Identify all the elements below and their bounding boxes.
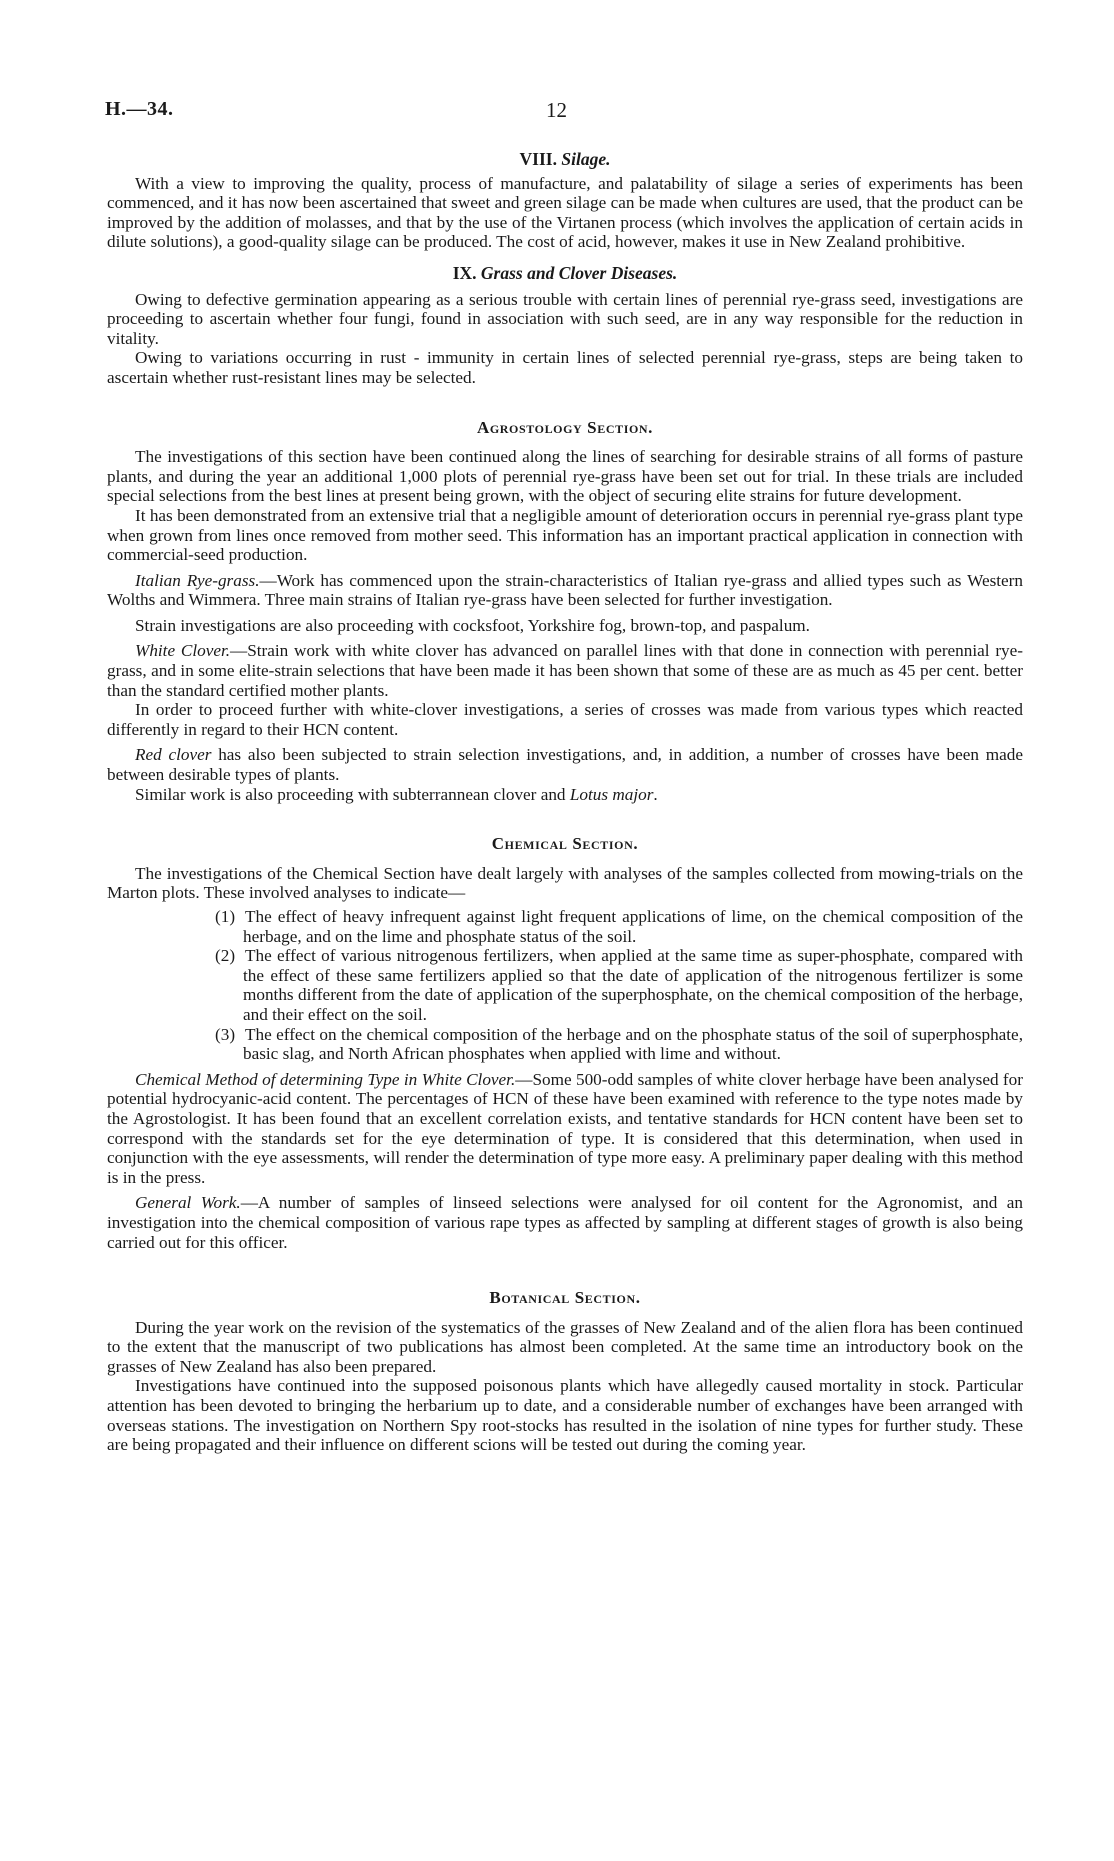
section-numeral: VIII. [520,149,557,169]
section-heading-grass-clover-diseases: IX. Grass and Clover Diseases. [107,264,1023,284]
run-in-heading: Chemical Method of determining Type in W… [135,1070,515,1089]
running-head: H.—34. 12 [107,98,1023,122]
section-heading-botanical: Botanical Section. [107,1288,1023,1308]
list-item-text: The effect on the chemical composition o… [243,1025,1023,1064]
paragraph-strain-investigations: Strain investigations are also proceedin… [107,616,1023,636]
paragraph-deterioration: It has been demonstrated from an extensi… [107,506,1023,565]
paragraph-chemical-method: Chemical Method of determining Type in W… [107,1070,1023,1188]
section-heading-chemical: Chemical Section. [107,834,1023,854]
run-in-heading: White Clover. [135,641,230,660]
paragraph-text: —Strain work with white clover has advan… [107,641,1023,699]
paragraph-silage: With a view to improving the quality, pr… [107,174,1023,252]
document-body: VIII. Silage. With a view to improving t… [107,150,1023,1455]
paragraph-botanical-revision: During the year work on the revision of … [107,1318,1023,1377]
list-item-text: The effect of various nitrogenous fertil… [243,946,1023,1024]
section-title: Grass and Clover Diseases. [481,263,677,283]
analysis-list: (1)The effect of heavy infrequent agains… [107,907,1023,1064]
run-in-heading: Italian Rye-grass. [135,571,260,590]
list-item-text: The effect of heavy infrequent against l… [243,907,1023,946]
paragraph-white-clover: White Clover.—Strain work with white clo… [107,641,1023,700]
paragraph-text: has also been subjected to strain select… [107,745,1023,784]
document-reference: H.—34. [105,98,174,121]
list-item: (1)The effect of heavy infrequent agains… [107,907,1023,946]
paragraph-agrostology-intro: The investigations of this section have … [107,447,1023,506]
list-item: (3)The effect on the chemical compositio… [107,1025,1023,1064]
paragraph-end: . [653,785,657,804]
paragraph-rust-immunity: Owing to variations occurring in rust - … [107,348,1023,387]
section-heading-silage: VIII. Silage. [107,150,1023,170]
section-title: Silage. [561,149,610,169]
run-in-heading: Red clover [135,745,211,764]
paragraph-germination: Owing to defective germination appearing… [107,290,1023,349]
paragraph-text: —A number of samples of linseed selectio… [107,1193,1023,1251]
list-item: (2)The effect of various nitrogenous fer… [107,946,1023,1024]
list-marker: (1) [215,907,245,927]
paragraph-text: Similar work is also proceeding with sub… [135,785,570,804]
paragraph-red-clover: Red clover has also been subjected to st… [107,745,1023,784]
page-number: 12 [546,98,567,123]
section-numeral: IX. [453,263,477,283]
paragraph-similar-work: Similar work is also proceeding with sub… [107,785,1023,805]
list-marker: (2) [215,946,245,966]
list-marker: (3) [215,1025,245,1045]
paragraph-white-clover-crosses: In order to proceed further with white-c… [107,700,1023,739]
paragraph-poisonous-plants: Investigations have continued into the s… [107,1376,1023,1454]
section-heading-agrostology: Agrostology Section. [107,418,1023,438]
run-in-heading: General Work. [135,1193,241,1212]
paragraph-chemical-intro: The investigations of the Chemical Secti… [107,864,1023,903]
paragraph-italian-rye-grass: Italian Rye-grass.—Work has commenced up… [107,571,1023,610]
paragraph-general-work: General Work.—A number of samples of lin… [107,1193,1023,1252]
species-name: Lotus major [570,785,654,804]
